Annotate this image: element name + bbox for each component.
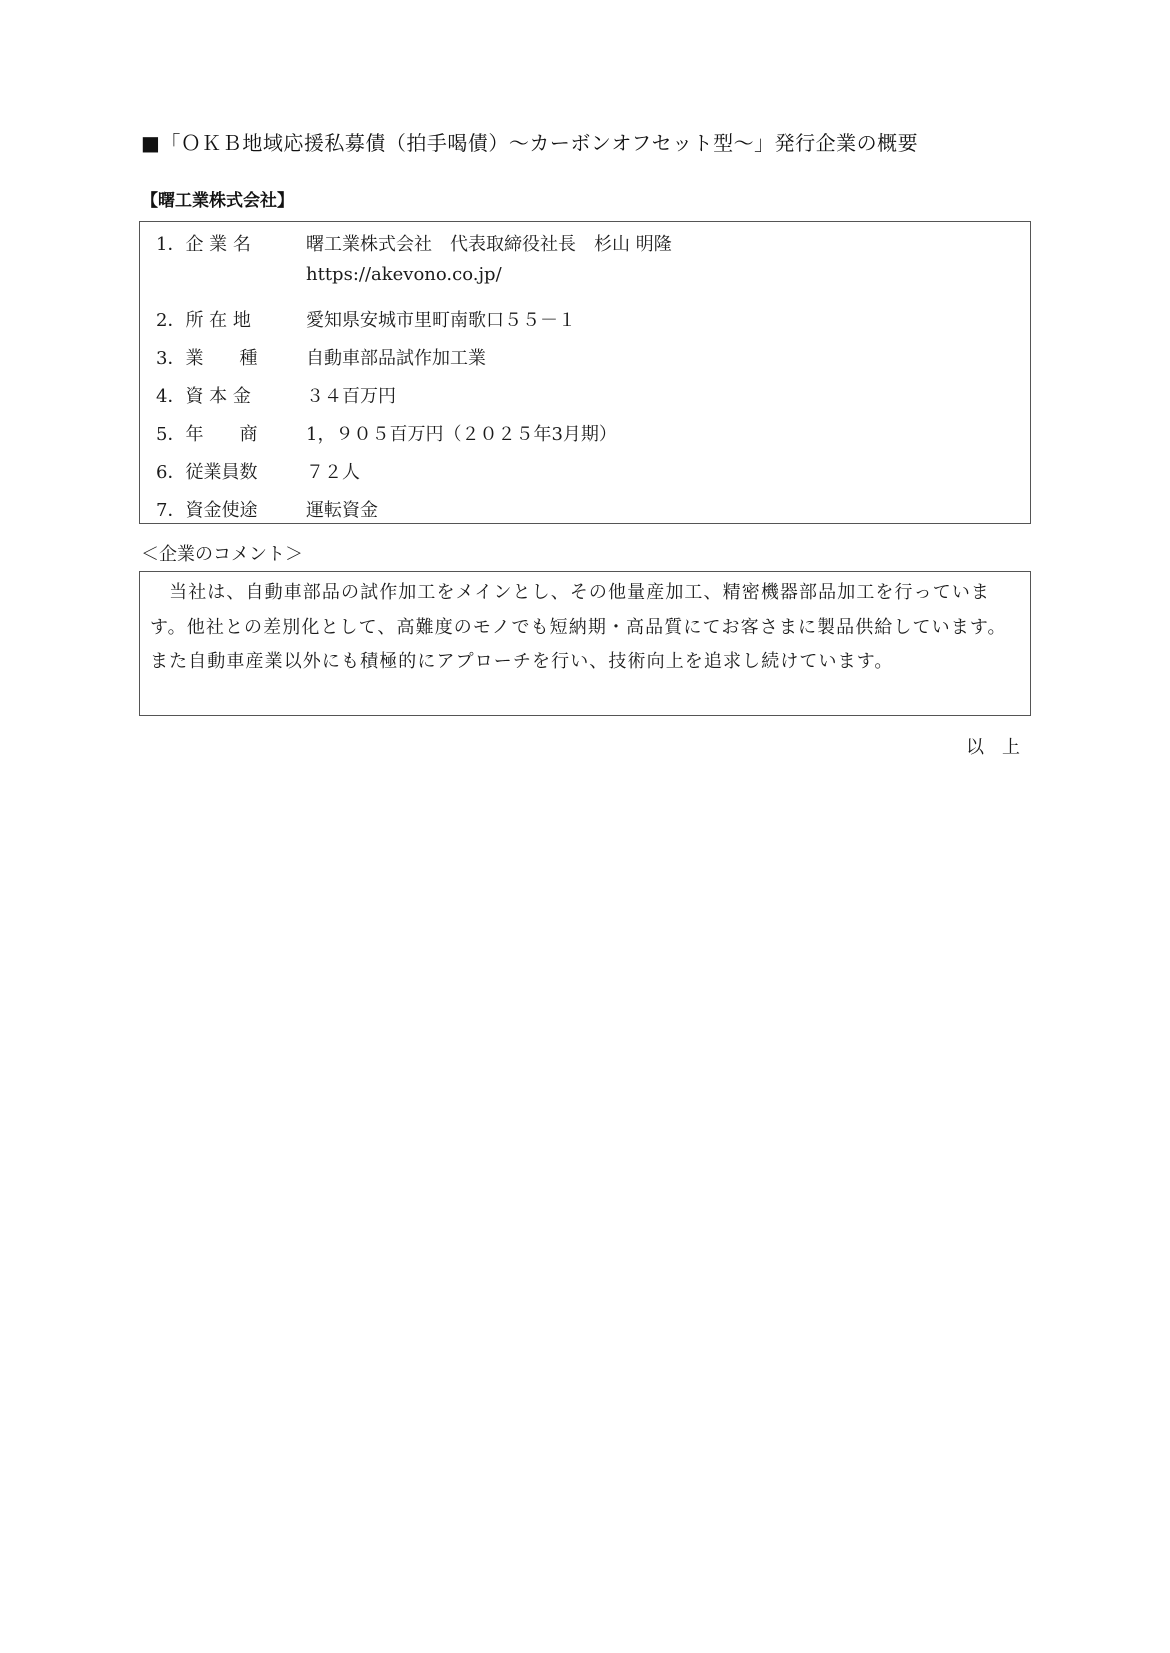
info-label: 7．資金使途: [156, 496, 306, 522]
info-value: ３４百万円: [306, 382, 396, 408]
info-label: 2．所 在 地: [156, 306, 306, 332]
info-row-capital: 4．資 本 金３４百万円: [156, 382, 396, 408]
company-heading: 【曙工業株式会社】: [141, 186, 294, 211]
info-value: 愛知県安城市里町南歌口５５－１: [306, 306, 576, 332]
info-row-industry: 3．業 種自動車部品試作加工業: [156, 344, 486, 370]
comment-box: 当社は、自動車部品の試作加工をメインとし、その他量産加工、精密機器部品加工を行っ…: [139, 571, 1031, 716]
info-row-company-name: 1．企 業 名曙工業株式会社 代表取締役社長 杉山 明隆: [156, 230, 672, 256]
info-value: 運転資金: [306, 496, 378, 522]
info-value: 自動車部品試作加工業: [306, 344, 486, 370]
info-value: 1，９０５百万円（２０２５年3月期）: [306, 420, 617, 446]
info-value: 曙工業株式会社 代表取締役社長 杉山 明隆: [306, 230, 672, 256]
info-row-address: 2．所 在 地愛知県安城市里町南歌口５５－１: [156, 306, 576, 332]
info-label: 1．企 業 名: [156, 230, 306, 256]
info-value: ７２人: [306, 458, 360, 484]
info-row-employees: 6．従業員数７２人: [156, 458, 360, 484]
info-row-sales: 5．年 商1，９０５百万円（２０２５年3月期）: [156, 420, 617, 446]
company-url: https://akevono.co.jp/: [306, 264, 502, 285]
info-label: 5．年 商: [156, 420, 306, 446]
info-row-fund-use: 7．資金使途運転資金: [156, 496, 378, 522]
info-label: 3．業 種: [156, 344, 306, 370]
document-title: ■「ＯＫＢ地域応援私募債（拍手喝債）～カーボンオフセット型～」発行企業の概要: [141, 127, 918, 156]
company-info-table: 1．企 業 名曙工業株式会社 代表取締役社長 杉山 明隆 https://ake…: [139, 221, 1031, 524]
info-label: 4．資 本 金: [156, 382, 306, 408]
info-label: 6．従業員数: [156, 458, 306, 484]
closing-mark: 以上: [966, 733, 1038, 759]
comment-label: ＜企業のコメント＞: [141, 540, 303, 566]
